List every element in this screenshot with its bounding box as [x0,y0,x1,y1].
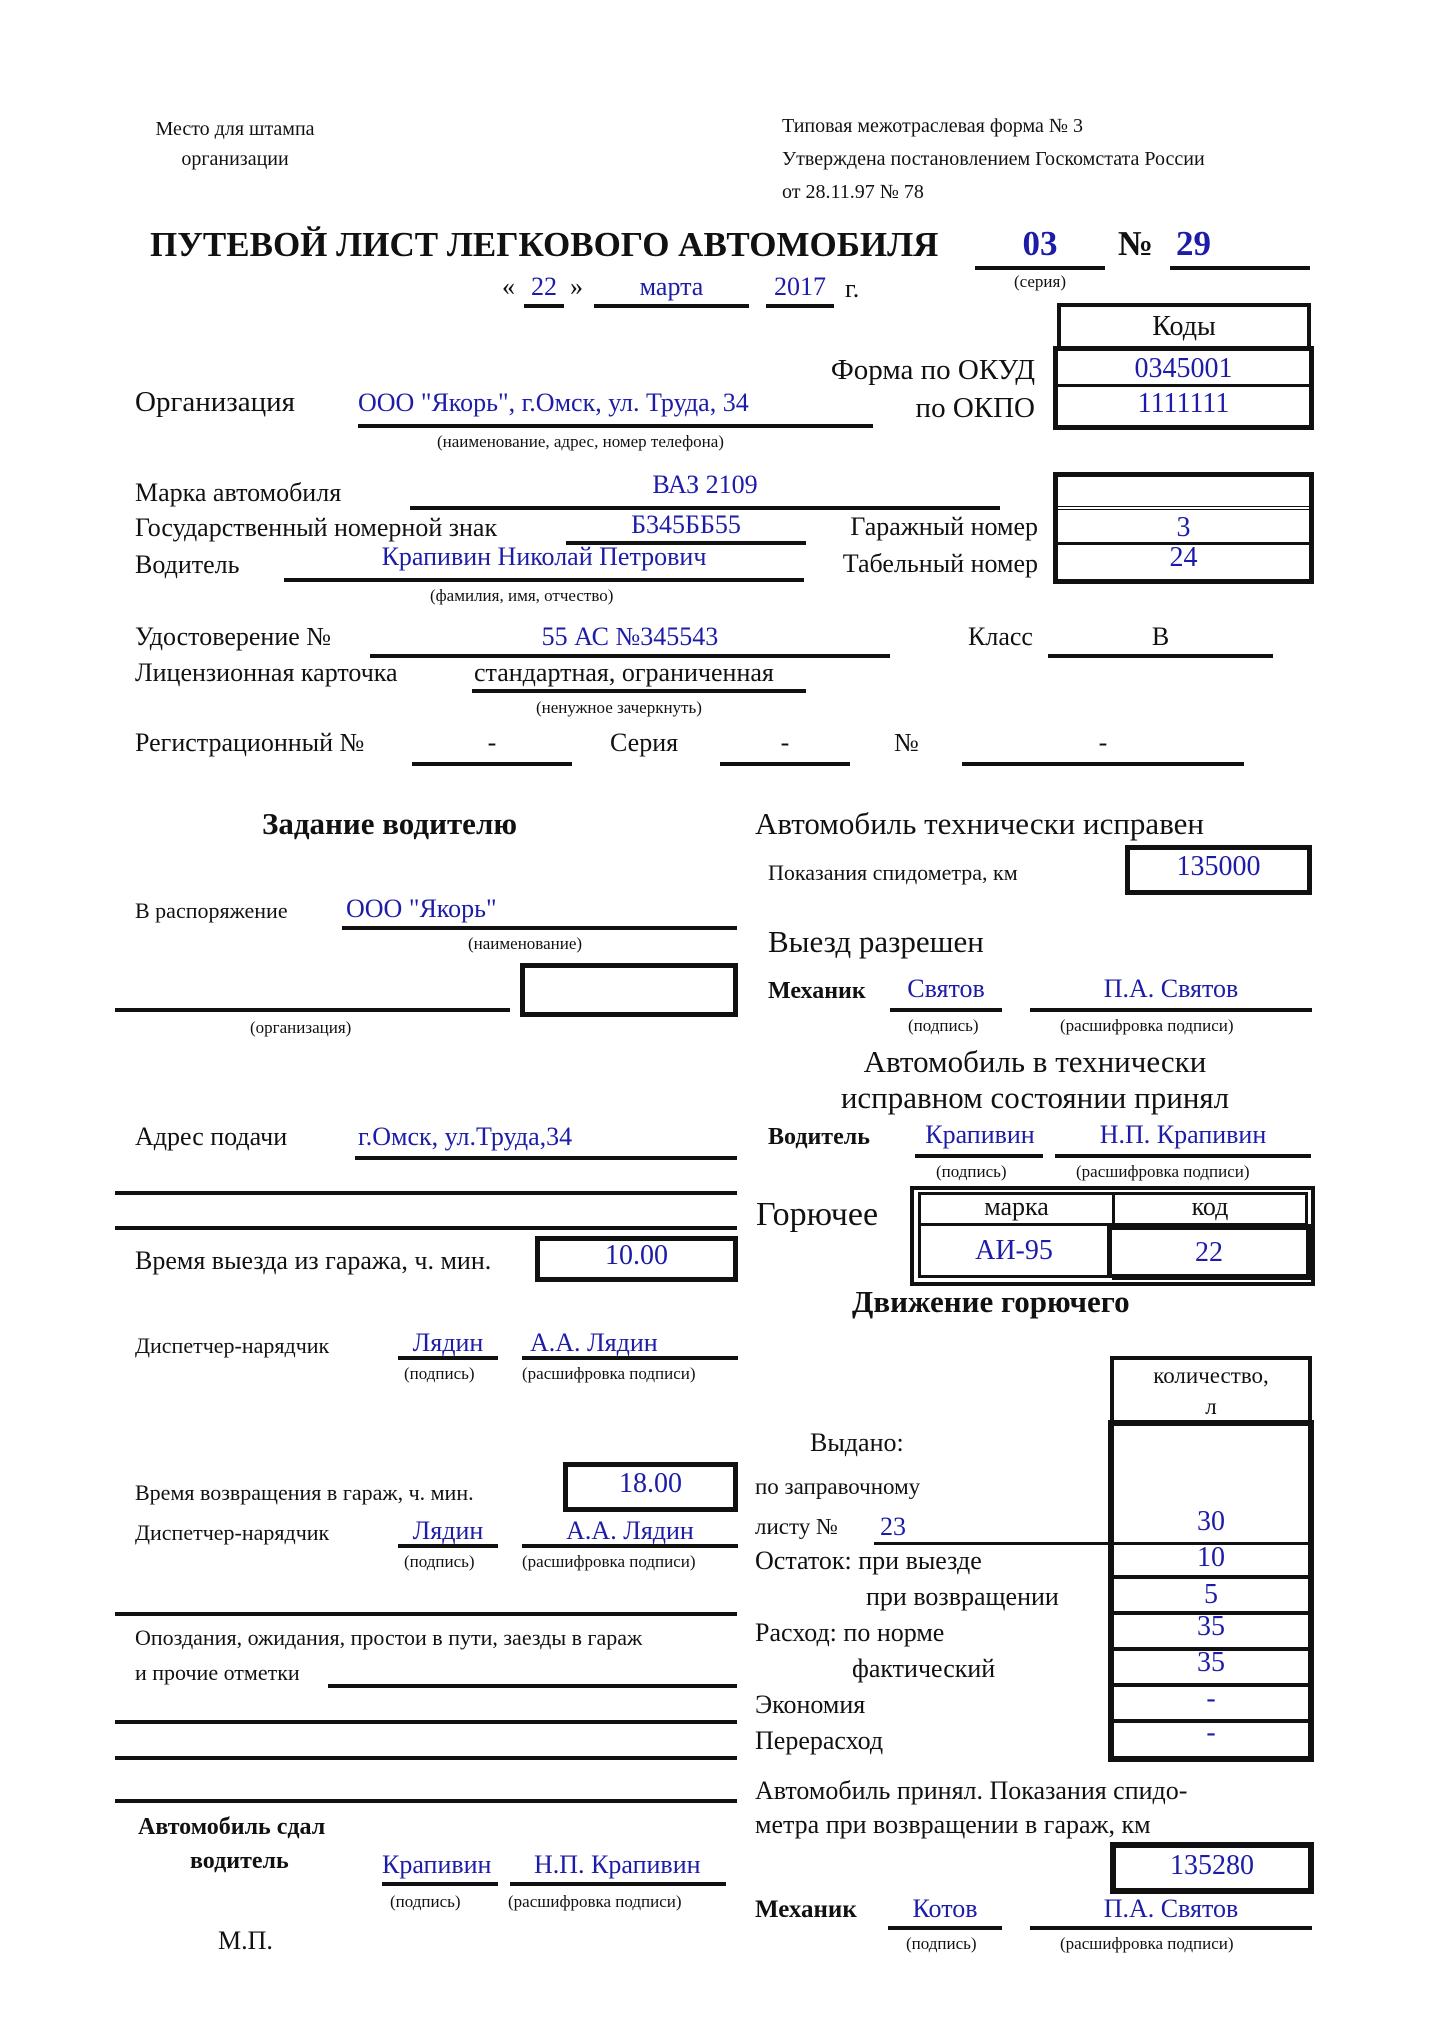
address-line-3 [115,1226,737,1230]
driver-caption: (фамилия, имя, отчество) [430,586,613,606]
year-underline [766,304,834,308]
sign-caption: (подпись) [404,1364,475,1384]
plate-value[interactable]: Б345ББ55 [566,510,806,540]
organization-caption: (наименование, адрес, номер телефона) [437,432,724,452]
form-approval-info: Типовая межотраслевая форма № 3 Утвержде… [782,110,1205,209]
issued-label: Выдано: [810,1428,904,1458]
org-caption: (организация) [250,1018,351,1038]
handed-sign[interactable]: Крапивин [382,1850,498,1880]
departure-label: Время выезда из гаража, ч. мин. [135,1246,491,1276]
blank-code-cell[interactable] [1058,477,1309,510]
license-num-value[interactable]: - [962,728,1244,758]
address-label: Адрес подачи [135,1122,287,1152]
handed-title-1: Автомобиль сдал [138,1814,325,1841]
sign-caption-6: (подпись) [906,1934,977,1954]
sign-caption-2: (подпись) [404,1552,475,1572]
return-mechanic-label: Механик [755,1896,857,1924]
sign-caption-5: (подпись) [936,1162,1007,1182]
date-open-quote: « [502,272,515,302]
garage-number-label: Гаражный номер [780,512,1038,542]
organization-label: Организация [135,386,295,419]
dispatcher2-sign-underline [398,1544,498,1548]
okud-label: Форма по ОКУД [760,354,1035,387]
handed-title-2: водитель [190,1848,289,1875]
mechanic-name[interactable]: П.А. Святов [1030,974,1312,1004]
mechanic-name-underline [1030,1008,1312,1012]
odometer-label: Показания спидометра, км [768,860,1018,886]
reg-value[interactable]: - [412,728,572,758]
card-label: Лицензионная карточка [135,658,398,688]
decode-caption: (расшифровка подписи) [522,1364,696,1384]
remain-out-label: Остаток: при выезде [755,1546,982,1576]
okpo-code[interactable]: 1111111 [1058,387,1309,423]
decode-caption-5: (расшифровка подписи) [1076,1162,1250,1182]
dispatcher-name-underline [522,1356,738,1360]
number-underline [1170,266,1310,270]
mechanic-label: Механик [768,978,866,1005]
notes-line-3[interactable] [115,1756,737,1760]
disposal-value[interactable]: ООО "Якорь" [346,894,497,924]
dispatcher-sign-underline [398,1356,498,1360]
license-num-label: № [894,728,919,758]
norm-consumption-label: Расход: по норме [755,1618,944,1648]
return-mechanic-sign-underline [888,1926,1002,1930]
fuel-issued-value[interactable]: 30 [1114,1506,1308,1538]
address-underline [355,1156,737,1160]
sign-caption-4: (подпись) [908,1016,979,1036]
date-year[interactable]: 2017 [766,272,834,302]
norm-consumption-value[interactable]: 35 [1114,1615,1308,1651]
allowed-title: Выезд разрешен [768,924,984,960]
address-line-2 [115,1191,737,1195]
disposal-caption: (наименование) [468,934,582,954]
series-value[interactable]: 03 [975,224,1105,264]
return-label: Время возвращения в гараж, ч. мин. [135,1480,474,1506]
month-underline [594,304,749,308]
fuel-brand-value[interactable]: АИ-95 [918,1226,1112,1278]
number-value[interactable]: 29 [1176,224,1211,264]
qty-header: количество, л [1110,1356,1312,1422]
accept-driver-sign-underline [915,1154,1043,1158]
return-time[interactable]: 18.00 [563,1462,738,1512]
codes-header: Коды [1057,303,1311,348]
tab-number-label: Табельный номер [780,549,1038,579]
issued-sheet-label-1: по заправочному [755,1474,920,1500]
class-label: Класс [968,622,1033,652]
series-underline [975,266,1105,270]
actual-consumption-value[interactable]: 35 [1114,1651,1308,1687]
brand-value[interactable]: ВАЗ 2109 [410,470,1000,500]
remain-in-label: при возвращении [866,1582,1059,1612]
odometer-out-value[interactable]: 135000 [1125,845,1312,895]
decode-caption-3: (расшифровка подписи) [508,1892,682,1912]
accept-driver-label: Водитель [768,1124,870,1151]
organization-underline [358,424,873,428]
brand-label: Марка автомобиля [135,478,341,508]
organization-value[interactable]: ООО "Якорь", г.Омск, ул. Труда, 34 [358,388,749,418]
dispatcher2-sign[interactable]: Лядин [398,1516,498,1546]
year-suffix: г. [845,274,859,304]
fuel-label: Горючее [756,1196,878,1234]
license-series-underline [720,762,850,766]
notes-line-2[interactable] [115,1720,737,1724]
overrun-label: Перерасход [755,1726,883,1756]
notes-label-1: Опоздания, ожидания, простои в пути, зае… [135,1625,642,1651]
day-underline [524,304,564,308]
fuel-code-value[interactable]: 22 [1112,1224,1312,1280]
notes-top-line [115,1612,737,1616]
decode-caption-6: (расшифровка подписи) [1060,1934,1234,1954]
departure-time[interactable]: 10.00 [535,1236,738,1282]
reg-underline [412,762,572,766]
class-underline [1048,654,1273,658]
dispatcher2-name-underline [522,1544,738,1548]
fuel-sheet-number[interactable]: 23 [880,1512,906,1542]
actual-consumption-label: фактический [852,1654,995,1684]
remain-in-value[interactable]: 5 [1114,1579,1308,1615]
notes-line-1[interactable] [328,1684,737,1688]
handed-name[interactable]: Н.П. Крапивин [534,1850,701,1880]
license-series-value[interactable]: - [720,728,850,758]
okpo-label: по ОКПО [760,392,1035,425]
dispatcher2-name[interactable]: А.А. Лядин [522,1516,738,1546]
number-sign: № [1118,224,1153,264]
driver-value[interactable]: Крапивин Николай Петрович [284,542,804,572]
license-num-underline [962,762,1244,766]
sign-caption-3: (подпись) [390,1892,461,1912]
dispatcher-label: Диспетчер-нарядчик [135,1333,329,1359]
series-caption: (серия) [975,272,1105,292]
tab-number-value[interactable]: 24 [1058,545,1309,578]
return-mechanic-name[interactable]: П.А. Святов [1030,1894,1312,1924]
accept-driver-name-underline [1055,1154,1311,1158]
date-month[interactable]: марта [594,272,749,302]
handed-sign-underline [382,1882,498,1886]
fuel-code-header: код [1112,1192,1308,1226]
cert-value[interactable]: 55 АС №345543 [370,622,890,652]
mechanic-sign[interactable]: Святов [890,974,1002,1004]
return-mechanic-sign[interactable]: Котов [888,1894,1002,1924]
card-value[interactable]: стандартная, ограниченная [474,658,774,688]
date-day[interactable]: 22 [524,272,564,302]
series-label: Серия [610,728,678,758]
plate-label: Государственный номерной знак [135,513,497,543]
accept-driver-name[interactable]: Н.П. Крапивин [1055,1120,1311,1150]
card-underline [472,689,806,693]
tech-ok-title: Автомобиль технически исправен [755,806,1204,842]
overrun-value[interactable]: - [1114,1723,1308,1756]
notes-line-4[interactable] [115,1799,737,1803]
address-value[interactable]: г.Омск, ул.Труда,34 [358,1122,572,1152]
accept-driver-sign[interactable]: Крапивин [915,1120,1045,1150]
decode-caption-4: (расшифровка подписи) [1060,1016,1234,1036]
page-title: ПУТЕВОЙ ЛИСТ ЛЕГКОВОГО АВТОМОБИЛЯ [150,225,938,265]
stamp-place-label: Место для штампа организации [120,114,350,174]
disposal-underline [342,926,737,930]
handed-name-underline [510,1882,726,1886]
fuel-movement-title: Движение горючего [852,1284,1130,1320]
decode-caption-2: (расшифровка подписи) [522,1552,696,1572]
driver-label: Водитель [135,550,239,580]
reg-label: Регистрационный № [135,728,364,758]
dispatcher-name[interactable]: А.А. Лядин [530,1328,658,1358]
disposal-label: В распоряжение [135,898,288,924]
okud-code[interactable]: 0345001 [1058,351,1309,387]
fuel-brand-header: марка [918,1192,1112,1226]
cert-label: Удостоверение № [135,622,331,652]
mechanic-sign-underline [890,1008,1002,1012]
garage-number-value[interactable]: 3 [1058,512,1309,545]
task-title: Задание водителю [262,806,517,842]
return-odometer-text: Автомобиль принял. Показания спидо- метр… [755,1774,1187,1842]
card-caption: (ненужное зачеркнуть) [536,698,702,718]
economy-label: Экономия [755,1690,865,1720]
accepted-title: Автомобиль в технически исправном состоя… [760,1044,1310,1116]
org-code-box[interactable] [520,963,738,1017]
dispatcher-sign[interactable]: Лядин [398,1328,498,1358]
stamp-mark: М.П. [218,1926,273,1956]
odometer-return-value[interactable]: 135280 [1110,1842,1314,1894]
dispatcher2-label: Диспетчер-нарядчик [135,1520,329,1546]
date-close-quote: » [570,272,583,302]
remain-out-value[interactable]: 10 [1114,1543,1308,1579]
org-underline [115,1008,510,1012]
driver-underline [284,578,804,582]
issued-sheet-label-2: листу № [755,1514,838,1540]
class-value[interactable]: В [1048,622,1273,652]
notes-label-2: и прочие отметки [135,1660,300,1686]
return-mechanic-name-underline [1030,1926,1312,1930]
